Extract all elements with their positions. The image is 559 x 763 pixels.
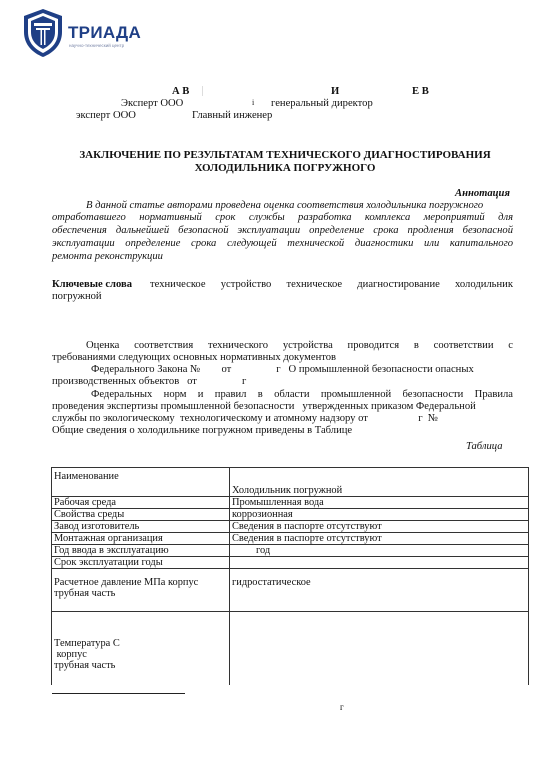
- table-cell-value: Холодильник погружной: [230, 468, 529, 497]
- shield-t-logo-icon: [22, 8, 64, 58]
- company-logo: ТРИАДА научно-технический центр: [22, 8, 182, 58]
- keywords-text-cont: погружной: [52, 291, 102, 303]
- table-cell-name: Год ввода в эксплуатацию: [52, 545, 230, 557]
- table-cell-value: [230, 612, 529, 686]
- author-name-1: А В: [172, 86, 189, 98]
- table-cell-value: Промышленная вода: [230, 497, 529, 509]
- table-row: Год ввода в эксплуатацию год: [52, 545, 529, 557]
- table-cell-name: Завод изготовитель: [52, 521, 230, 533]
- table-cell-name-line: трубная часть: [54, 588, 227, 599]
- table-cell-name-line: трубная часть: [54, 660, 227, 671]
- annotation-heading: Аннотация: [455, 188, 510, 200]
- redaction-mark: [202, 86, 203, 96]
- table-cell-name: Температура С корпус трубная часть: [52, 612, 230, 686]
- body-paragraph-line: Федерального Закона № от г О промышленно…: [91, 364, 474, 376]
- body-paragraph-line: проведения экспертизы промышленной безоп…: [52, 401, 476, 413]
- table-row: Расчетное давление МПа корпус трубная ча…: [52, 569, 529, 612]
- document-title: ЗАКЛЮЧЕНИЕ ПО РЕЗУЛЬТАТАМ ТЕХНИЧЕСКОГО Д…: [40, 149, 530, 175]
- table-cell-name: Монтажная организация: [52, 533, 230, 545]
- page-footer-mark: г: [340, 702, 344, 712]
- table-cell-name: Срок эксплуатации годы: [52, 557, 230, 569]
- affiliation-1: Эксперт ООО: [121, 98, 183, 110]
- affiliation-separator: і: [252, 98, 254, 107]
- keywords-label: Ключевые слова: [52, 279, 132, 291]
- table-cell-name-line: Расчетное давление МПа корпус: [54, 577, 227, 588]
- author-name-3: Е В: [412, 86, 429, 98]
- specs-table: Наименование Холодильник погружной Рабоч…: [51, 467, 529, 685]
- annotation-line: отработавшего нормативный срок службы ра…: [52, 212, 513, 224]
- table-row: Свойства среды коррозионная: [52, 509, 529, 521]
- footnote-divider: [52, 693, 185, 694]
- table-cell-value: Сведения в паспорте отсутствуют: [230, 521, 529, 533]
- table-row: Завод изготовитель Сведения в паспорте о…: [52, 521, 529, 533]
- logo-name: ТРИАДА: [68, 23, 141, 43]
- body-paragraph-line: Общие сведения о холодильнике погружном …: [52, 425, 352, 437]
- author-name-2: И: [331, 86, 339, 98]
- table-cell-value: гидростатическое: [230, 569, 529, 612]
- table-cell-name: Расчетное давление МПа корпус трубная ча…: [52, 569, 230, 612]
- table-cell-value: Сведения в паспорте отсутствуют: [230, 533, 529, 545]
- table-cell-value: [230, 557, 529, 569]
- table-cell-name: Наименование: [52, 468, 230, 497]
- annotation-line: В данной статье авторами проведена оценк…: [86, 200, 483, 212]
- body-paragraph-line: требованиями следующих основных норматив…: [52, 352, 336, 364]
- table-row: Наименование Холодильник погружной: [52, 468, 529, 497]
- table-row: Температура С корпус трубная часть: [52, 612, 529, 686]
- affiliation-3: эксперт ООО: [76, 110, 136, 122]
- affiliation-2: генеральный директор: [271, 98, 373, 110]
- annotation-line: эксплуатации определение срока следующей…: [52, 238, 513, 250]
- table-caption: Таблица: [466, 441, 503, 453]
- affiliation-4: Главный инженер: [192, 110, 272, 122]
- table-cell-name: Рабочая среда: [52, 497, 230, 509]
- annotation-line: обеспечения дальнейшей безопасной эксплу…: [52, 225, 513, 237]
- keywords-text: техническое устройство техническое диагн…: [150, 279, 513, 291]
- table-row: Монтажная организация Сведения в паспорт…: [52, 533, 529, 545]
- body-paragraph-line: производственных объектов от г: [52, 376, 246, 388]
- table-row: Рабочая среда Промышленная вода: [52, 497, 529, 509]
- table-cell-name-line: Температура С: [54, 638, 227, 649]
- annotation-line: ремонта реконструкции: [52, 251, 163, 263]
- table-row: Срок эксплуатации годы: [52, 557, 529, 569]
- table-cell-name: Свойства среды: [52, 509, 230, 521]
- body-paragraph-line: Оценка соответствия технического устройс…: [86, 340, 513, 352]
- table-cell-name-line: корпус: [54, 649, 227, 660]
- body-paragraph-line: службы по экологическому технологическом…: [52, 413, 438, 425]
- title-line-2: ХОЛОДИЛЬНИКА ПОГРУЖНОГО: [40, 162, 530, 175]
- title-line-1: ЗАКЛЮЧЕНИЕ ПО РЕЗУЛЬТАТАМ ТЕХНИЧЕСКОГО Д…: [40, 149, 530, 162]
- body-paragraph-line: Федеральных норм и правил в области пром…: [91, 389, 513, 401]
- table-cell-value: год: [230, 545, 529, 557]
- logo-tagline: научно-технический центр: [69, 43, 124, 48]
- table-cell-value: коррозионная: [230, 509, 529, 521]
